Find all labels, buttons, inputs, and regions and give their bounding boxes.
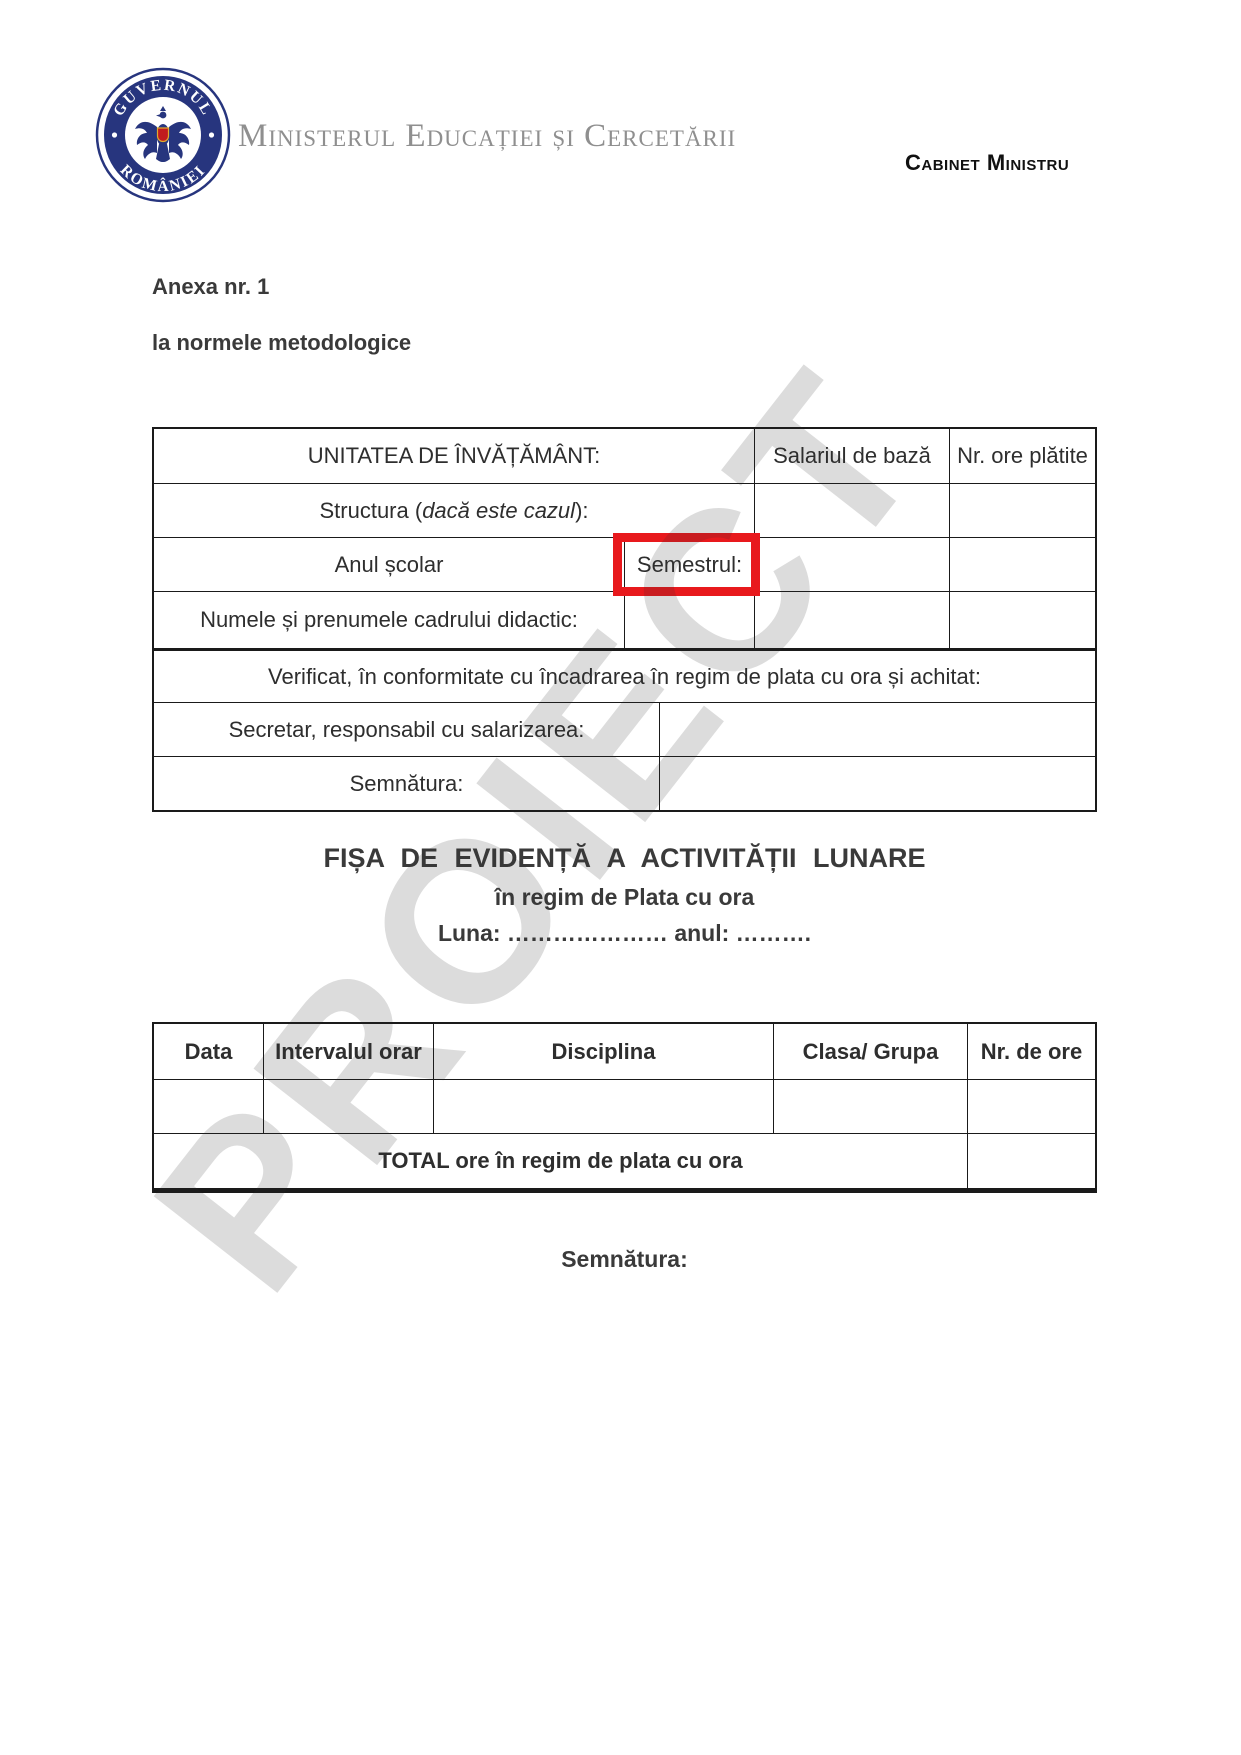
col-header-discipline: Disciplina [433, 1024, 773, 1079]
structure-prefix: Structura ( [319, 498, 422, 523]
seal-left-dot [112, 132, 117, 137]
col-header-data: Data [154, 1024, 263, 1079]
total-label-cell: TOTAL ore în regim de plata cu ora [154, 1134, 967, 1188]
table-row: Structura (dacă este cazul): [154, 483, 1095, 537]
empty-cell [659, 703, 1095, 756]
annex-subtitle: la normele metodologice [152, 330, 411, 356]
table-header-row: Data Intervalul orar Disciplina Clasa/ G… [154, 1024, 1095, 1079]
empty-cell [773, 1080, 967, 1133]
semester-label-cell: Semestrul: [624, 538, 754, 591]
empty-cell [754, 484, 949, 537]
paid-hours-header-cell: Nr. ore plătite [949, 429, 1095, 483]
table-row: Secretar, responsabil cu salarizarea: [154, 702, 1095, 756]
annex-title: Anexa nr. 1 [152, 274, 269, 300]
government-seal-logo: GUVERNUL ROMÂNIEI [93, 65, 233, 205]
semester-label: Semestrul: [637, 552, 742, 578]
empty-cell [754, 592, 949, 648]
table-row: Anul școlar Semestrul: [154, 537, 1095, 591]
verified-label-cell: Verificat, în conformitate cu încadrarea… [154, 651, 1095, 702]
info-table: UNITATEA DE ÎNVĂȚĂMÂNT: Salariul de bază… [152, 427, 1097, 812]
eagle-shield [158, 128, 169, 142]
empty-cell [949, 592, 1095, 648]
seal-right-dot [209, 132, 214, 137]
structure-label-cell: Structura (dacă este cazul): [154, 484, 754, 537]
empty-cell [949, 484, 1095, 537]
sheet-title-block: FIȘA DE EVIDENȚĂ A ACTIVITĂȚII LUNARE în… [152, 843, 1097, 947]
document-page: GUVERNUL ROMÂNIEI Ministerul Educației ș… [0, 0, 1241, 1755]
sheet-title-line1: FIȘA DE EVIDENȚĂ A ACTIVITĂȚII LUNARE [152, 843, 1097, 874]
teacher-name-label-cell: Numele și prenumele cadrului didactic: [154, 592, 624, 648]
ministry-name: Ministerul Educației și Cercetării [238, 112, 736, 160]
empty-cell [433, 1080, 773, 1133]
empty-cell [263, 1080, 433, 1133]
table-row [154, 1079, 1095, 1133]
table-row: UNITATEA DE ÎNVĂȚĂMÂNT: Salariul de bază… [154, 429, 1095, 483]
table-row: Verificat, în conformitate cu încadrarea… [154, 648, 1095, 702]
empty-cell [154, 1080, 263, 1133]
empty-cell [949, 538, 1095, 591]
table-total-row: TOTAL ore în regim de plata cu ora [154, 1133, 1095, 1188]
secretary-label-cell: Secretar, responsabil cu salarizarea: [154, 703, 659, 756]
signature-label-cell: Semnătura: [154, 757, 659, 810]
structure-italic: dacă este cazul [422, 498, 575, 523]
activity-table: Data Intervalul orar Disciplina Clasa/ G… [152, 1022, 1097, 1193]
sheet-title-line2: în regim de Plata cu ora [152, 884, 1097, 911]
table-row: Numele și prenumele cadrului didactic: [154, 591, 1095, 648]
empty-cell [754, 538, 949, 591]
empty-cell [967, 1080, 1095, 1133]
empty-cell [624, 592, 754, 648]
base-salary-header-cell: Salariul de bază [754, 429, 949, 483]
col-header-class-group: Clasa/ Grupa [773, 1024, 967, 1079]
col-header-hours: Nr. de ore [967, 1024, 1095, 1079]
cabinet-ministru-label: Cabinet Ministru [905, 150, 1069, 176]
table-row: Semnătura: [154, 756, 1095, 810]
structure-suffix: ): [575, 498, 588, 523]
empty-cell [967, 1134, 1095, 1188]
footer-signature-label: Semnătura: [152, 1246, 1097, 1273]
empty-cell [659, 757, 1095, 810]
col-header-interval: Intervalul orar [263, 1024, 433, 1079]
total-label-bold: TOTAL [378, 1148, 449, 1173]
total-label-rest: ore în regim de plata cu ora [449, 1148, 742, 1173]
sheet-title-line3: Luna: ………………… anul: ………. [152, 920, 1097, 947]
unit-label-cell: UNITATEA DE ÎNVĂȚĂMÂNT: [154, 429, 754, 483]
school-year-label-cell: Anul școlar [154, 538, 624, 591]
